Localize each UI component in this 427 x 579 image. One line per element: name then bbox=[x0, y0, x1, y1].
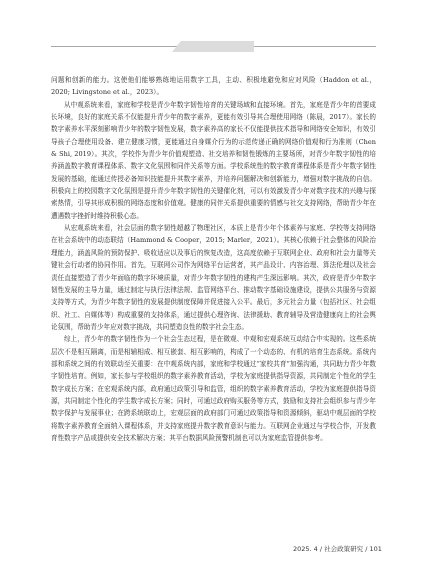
header-tab-decoration bbox=[172, 41, 254, 52]
article-body: 问题和创新的能力。这使他们能够熟练地运用数字工具，主动、积极地避免和应对风险（H… bbox=[51, 74, 376, 444]
page-footer: 2025. 4 / 社会政策研究 / 101 bbox=[293, 544, 382, 553]
paragraph-4: 综上，青少年的数字韧性作为一个社会生态过程，是在微观、中观和宏观系统互动结合中实… bbox=[51, 333, 376, 444]
paragraph-3: 从宏观系统来看，社会层面的数字韧性超越了物理社区，本质上是青少年个体素养与家庭、… bbox=[51, 222, 376, 333]
paragraph-2: 从中观系统来看，家庭和学校是青少年数字韧性培育的关键场域和直接环境。首先，家庭是… bbox=[51, 99, 376, 222]
paragraph-1: 问题和创新的能力。这使他们能够熟练地运用数字工具，主动、积极地避免和应对风险（H… bbox=[51, 74, 376, 99]
